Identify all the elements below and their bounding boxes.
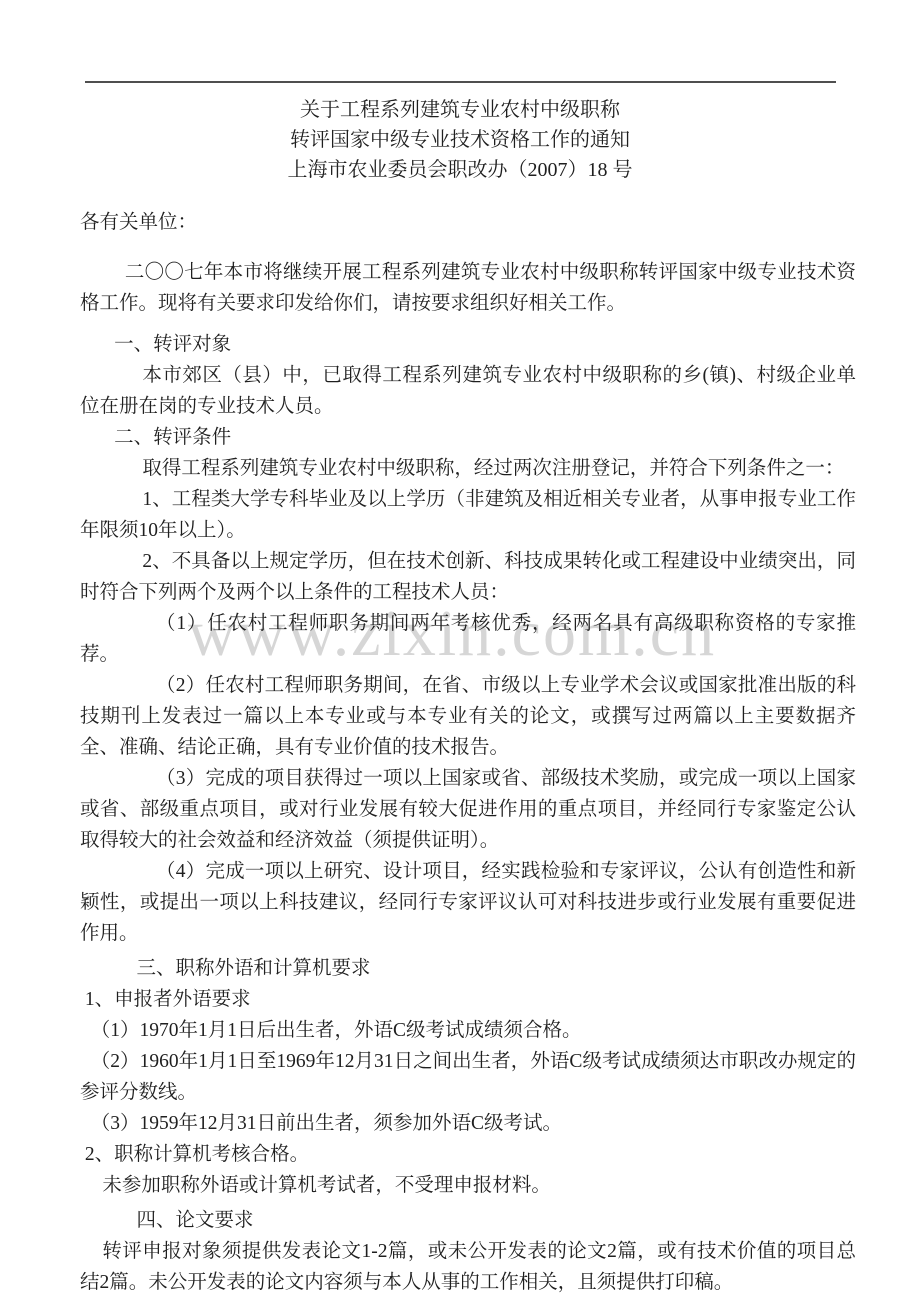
condition-2-item-4: （4）完成一项以上研究、设计项目，经实践检验和专家评议，公认有创造性和新颖性，或…	[80, 856, 856, 949]
section-2-intro: 取得工程系列建筑专业农村中级职称，经过两次注册登记，并符合下列条件之一：	[80, 453, 856, 484]
document-page: www.zixin.com.cn 关于工程系列建筑专业农村中级职称 转评国家中级…	[0, 0, 920, 1302]
section-2-heading: 二、转评条件	[80, 422, 856, 453]
section-3-item-2: 2、职称计算机考核合格。	[80, 1139, 856, 1170]
title-line-2: 转评国家中级专业技术资格工作的通知	[0, 125, 920, 155]
section-1-body: 本市郊区（县）中，已取得工程系列建筑专业农村中级职称的乡(镇)、村级企业单位在册…	[80, 360, 856, 422]
header-rule	[85, 81, 836, 83]
intro-paragraph: 二〇〇七年本市将继续开展工程系列建筑专业农村中级职称转评国家中级专业技术资格工作…	[80, 257, 856, 319]
section-4-heading: 四、论文要求	[80, 1205, 856, 1236]
foreign-lang-rule-1: （1）1970年1月1日后出生者，外语C级考试成绩须合格。	[80, 1015, 856, 1046]
condition-2: 2、不具备以上规定学历，但在技术创新、科技成果转化或工程建设中业绩突出，同时符合…	[80, 546, 856, 608]
title-line-3: 上海市农业委员会职改办（2007）18 号	[0, 155, 920, 185]
condition-2-item-2: （2）任农村工程师职务期间，在省、市级以上专业学术会议或国家批准出版的科技期刊上…	[80, 670, 856, 763]
section-4-body: 转评申报对象须提供发表论文1-2篇，或未公开发表的论文2篇，或有技术价值的项目总…	[80, 1236, 856, 1298]
title-line-1: 关于工程系列建筑专业农村中级职称	[0, 95, 920, 125]
document-body: 各有关单位： 二〇〇七年本市将继续开展工程系列建筑专业农村中级职称转评国家中级专…	[80, 207, 856, 1298]
section-1-heading: 一、转评对象	[80, 329, 856, 360]
no-exam-note: 未参加职称外语或计算机考试者，不受理申报材料。	[80, 1170, 856, 1201]
foreign-lang-rule-2: （2）1960年1月1日至1969年12月31日之间出生者，外语C级考试成绩须达…	[80, 1046, 856, 1108]
condition-2-item-1: （1）任农村工程师职务期间两年考核优秀，经两名具有高级职称资格的专家推荐。	[80, 608, 856, 670]
condition-1: 1、工程类大学专科毕业及以上学历（非建筑及相近相关专业者，从事申报专业工作年限须…	[80, 484, 856, 546]
salutation: 各有关单位：	[80, 207, 856, 238]
document-title: 关于工程系列建筑专业农村中级职称 转评国家中级专业技术资格工作的通知 上海市农业…	[0, 95, 920, 185]
section-3-heading: 三、职称外语和计算机要求	[80, 953, 856, 984]
section-3-item-1: 1、申报者外语要求	[80, 984, 856, 1015]
condition-2-item-3: （3）完成的项目获得过一项以上国家或省、部级技术奖励，或完成一项以上国家或省、部…	[80, 763, 856, 856]
foreign-lang-rule-3: （3）1959年12月31日前出生者，须参加外语C级考试。	[80, 1108, 856, 1139]
